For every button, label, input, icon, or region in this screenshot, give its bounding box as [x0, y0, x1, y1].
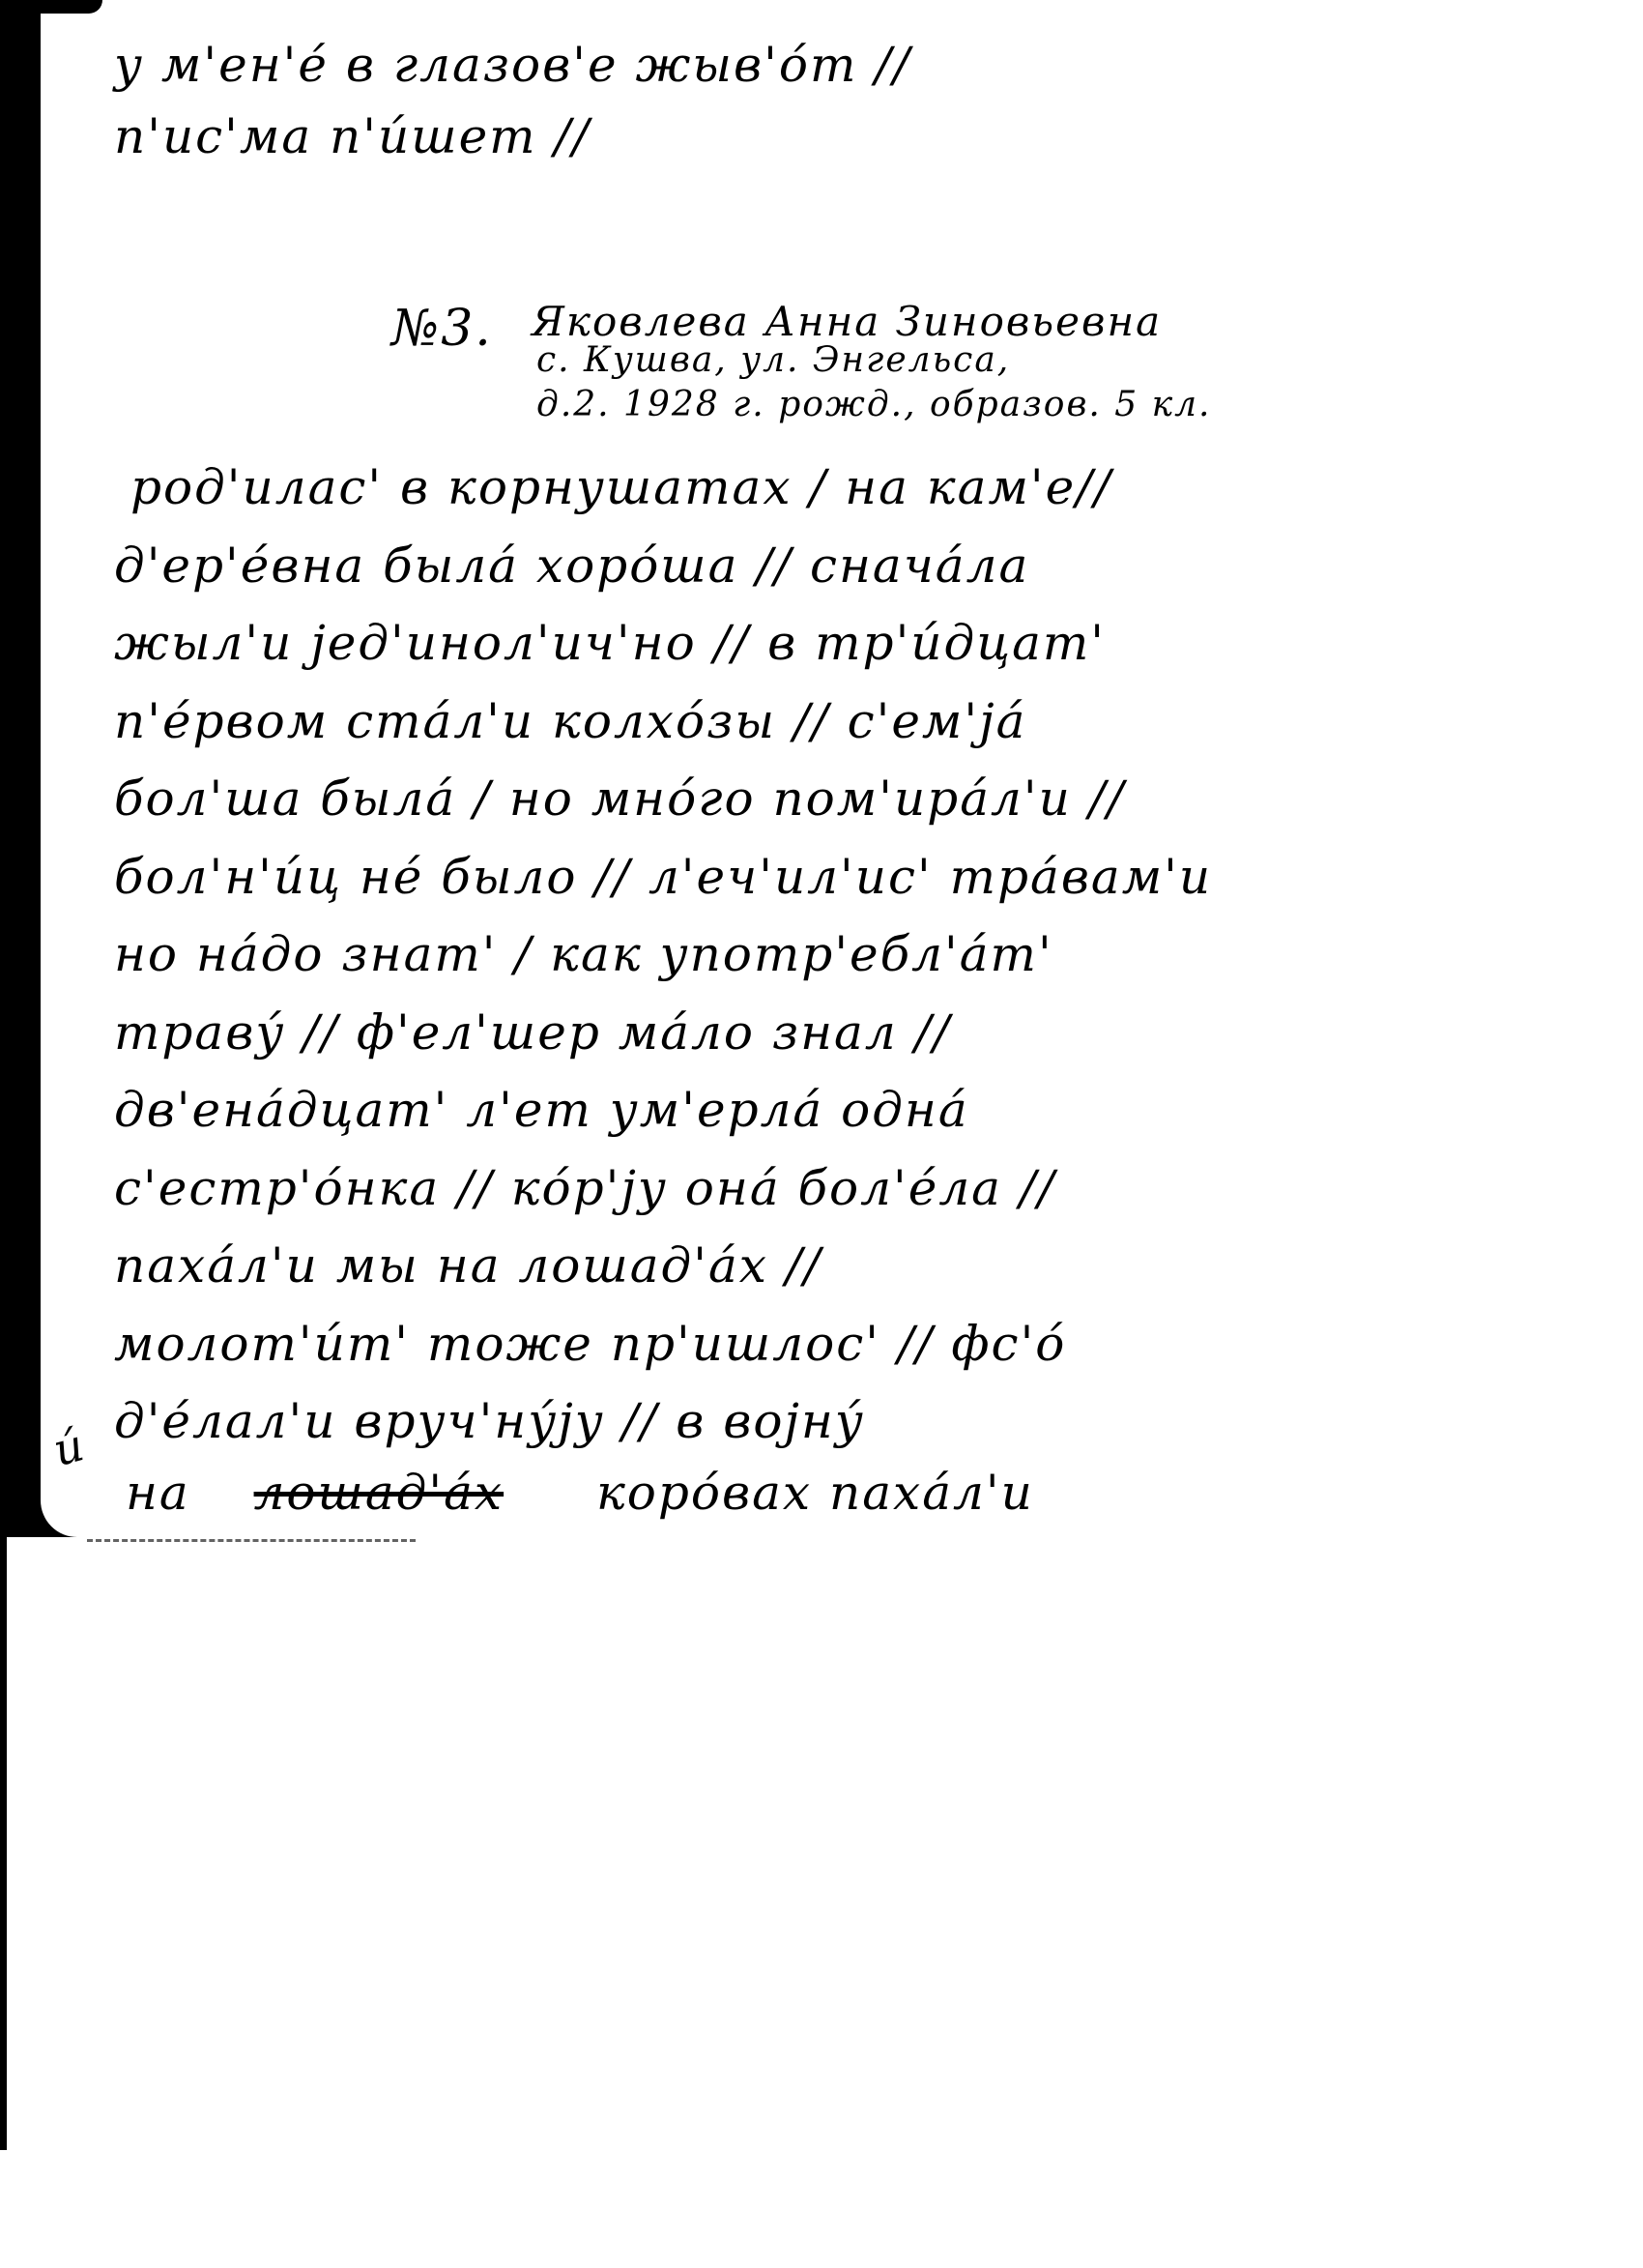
scan-edge-left	[0, 0, 41, 1537]
struck-out-word: лошад'а́х	[254, 1465, 504, 1521]
entry-number: №3.	[391, 300, 493, 358]
page-bottom-edge	[87, 1539, 416, 1542]
margin-mark: ú	[48, 1418, 92, 1476]
transcription-line: д'ер'е́вна была́ хоро́ша // снача́ла	[114, 538, 1029, 594]
informant-name: Яковлева Анна Зиновьевна	[532, 298, 1162, 345]
transcription-line: д'е́лал'и вруч'ну́ју // в војну́	[114, 1393, 865, 1449]
transcription-line: жыл'и јед'инол'ич'но // в тр'и́дцат'	[114, 615, 1106, 671]
transcription-line: род'илас' в корнушатах / на кам'е//	[130, 459, 1112, 515]
transcription-line: п'е́рвом ста́л'и колхо́зы // с'ем'ја́	[114, 693, 1026, 749]
intro-line-1: у м'ен'е́ в глазов'е жыв'о́т //	[114, 37, 911, 93]
transcription-line: бол'н'и́ц не́ было // л'еч'ил'ис' тра́ва…	[114, 849, 1212, 905]
scan-edge-corner	[41, 1494, 79, 1537]
informant-address: с. Кушва, ул. Энгельса,	[536, 340, 1010, 380]
scan-edge-left-thin	[0, 1537, 7, 2150]
transcription-line: траву́ // ф'ел'шер ма́ло знал //	[114, 1004, 951, 1061]
scan-edge-top	[35, 0, 102, 14]
transcription-line: паха́л'и мы на лошад'а́х //	[114, 1237, 822, 1294]
transcription-line: но на́до знат' / как употр'ебл'а́т'	[114, 926, 1053, 982]
intro-line-2: п'ис'ма п'и́шет //	[114, 108, 591, 164]
transcription-line: с'естр'о́нка // ко́р'ју она́ бол'е́ла //	[114, 1160, 1056, 1216]
transcription-line: бол'ша была́ / но мно́го пом'ира́л'и //	[114, 771, 1125, 827]
last-line: на лошад'а́х коро́вах паха́л'и	[126, 1465, 1034, 1521]
last-line-suffix: коро́вах паха́л'и	[596, 1465, 1034, 1521]
transcription-line: молот'и́т' тоже пр'ишлос' // фс'о́	[114, 1316, 1066, 1372]
transcription-line: дв'ена́дцат' л'ет ум'ерла́ одна́	[114, 1082, 969, 1138]
last-line-prefix: на	[126, 1465, 190, 1521]
informant-details: д.2. 1928 г. рожд., образов. 5 кл.	[536, 385, 1212, 424]
